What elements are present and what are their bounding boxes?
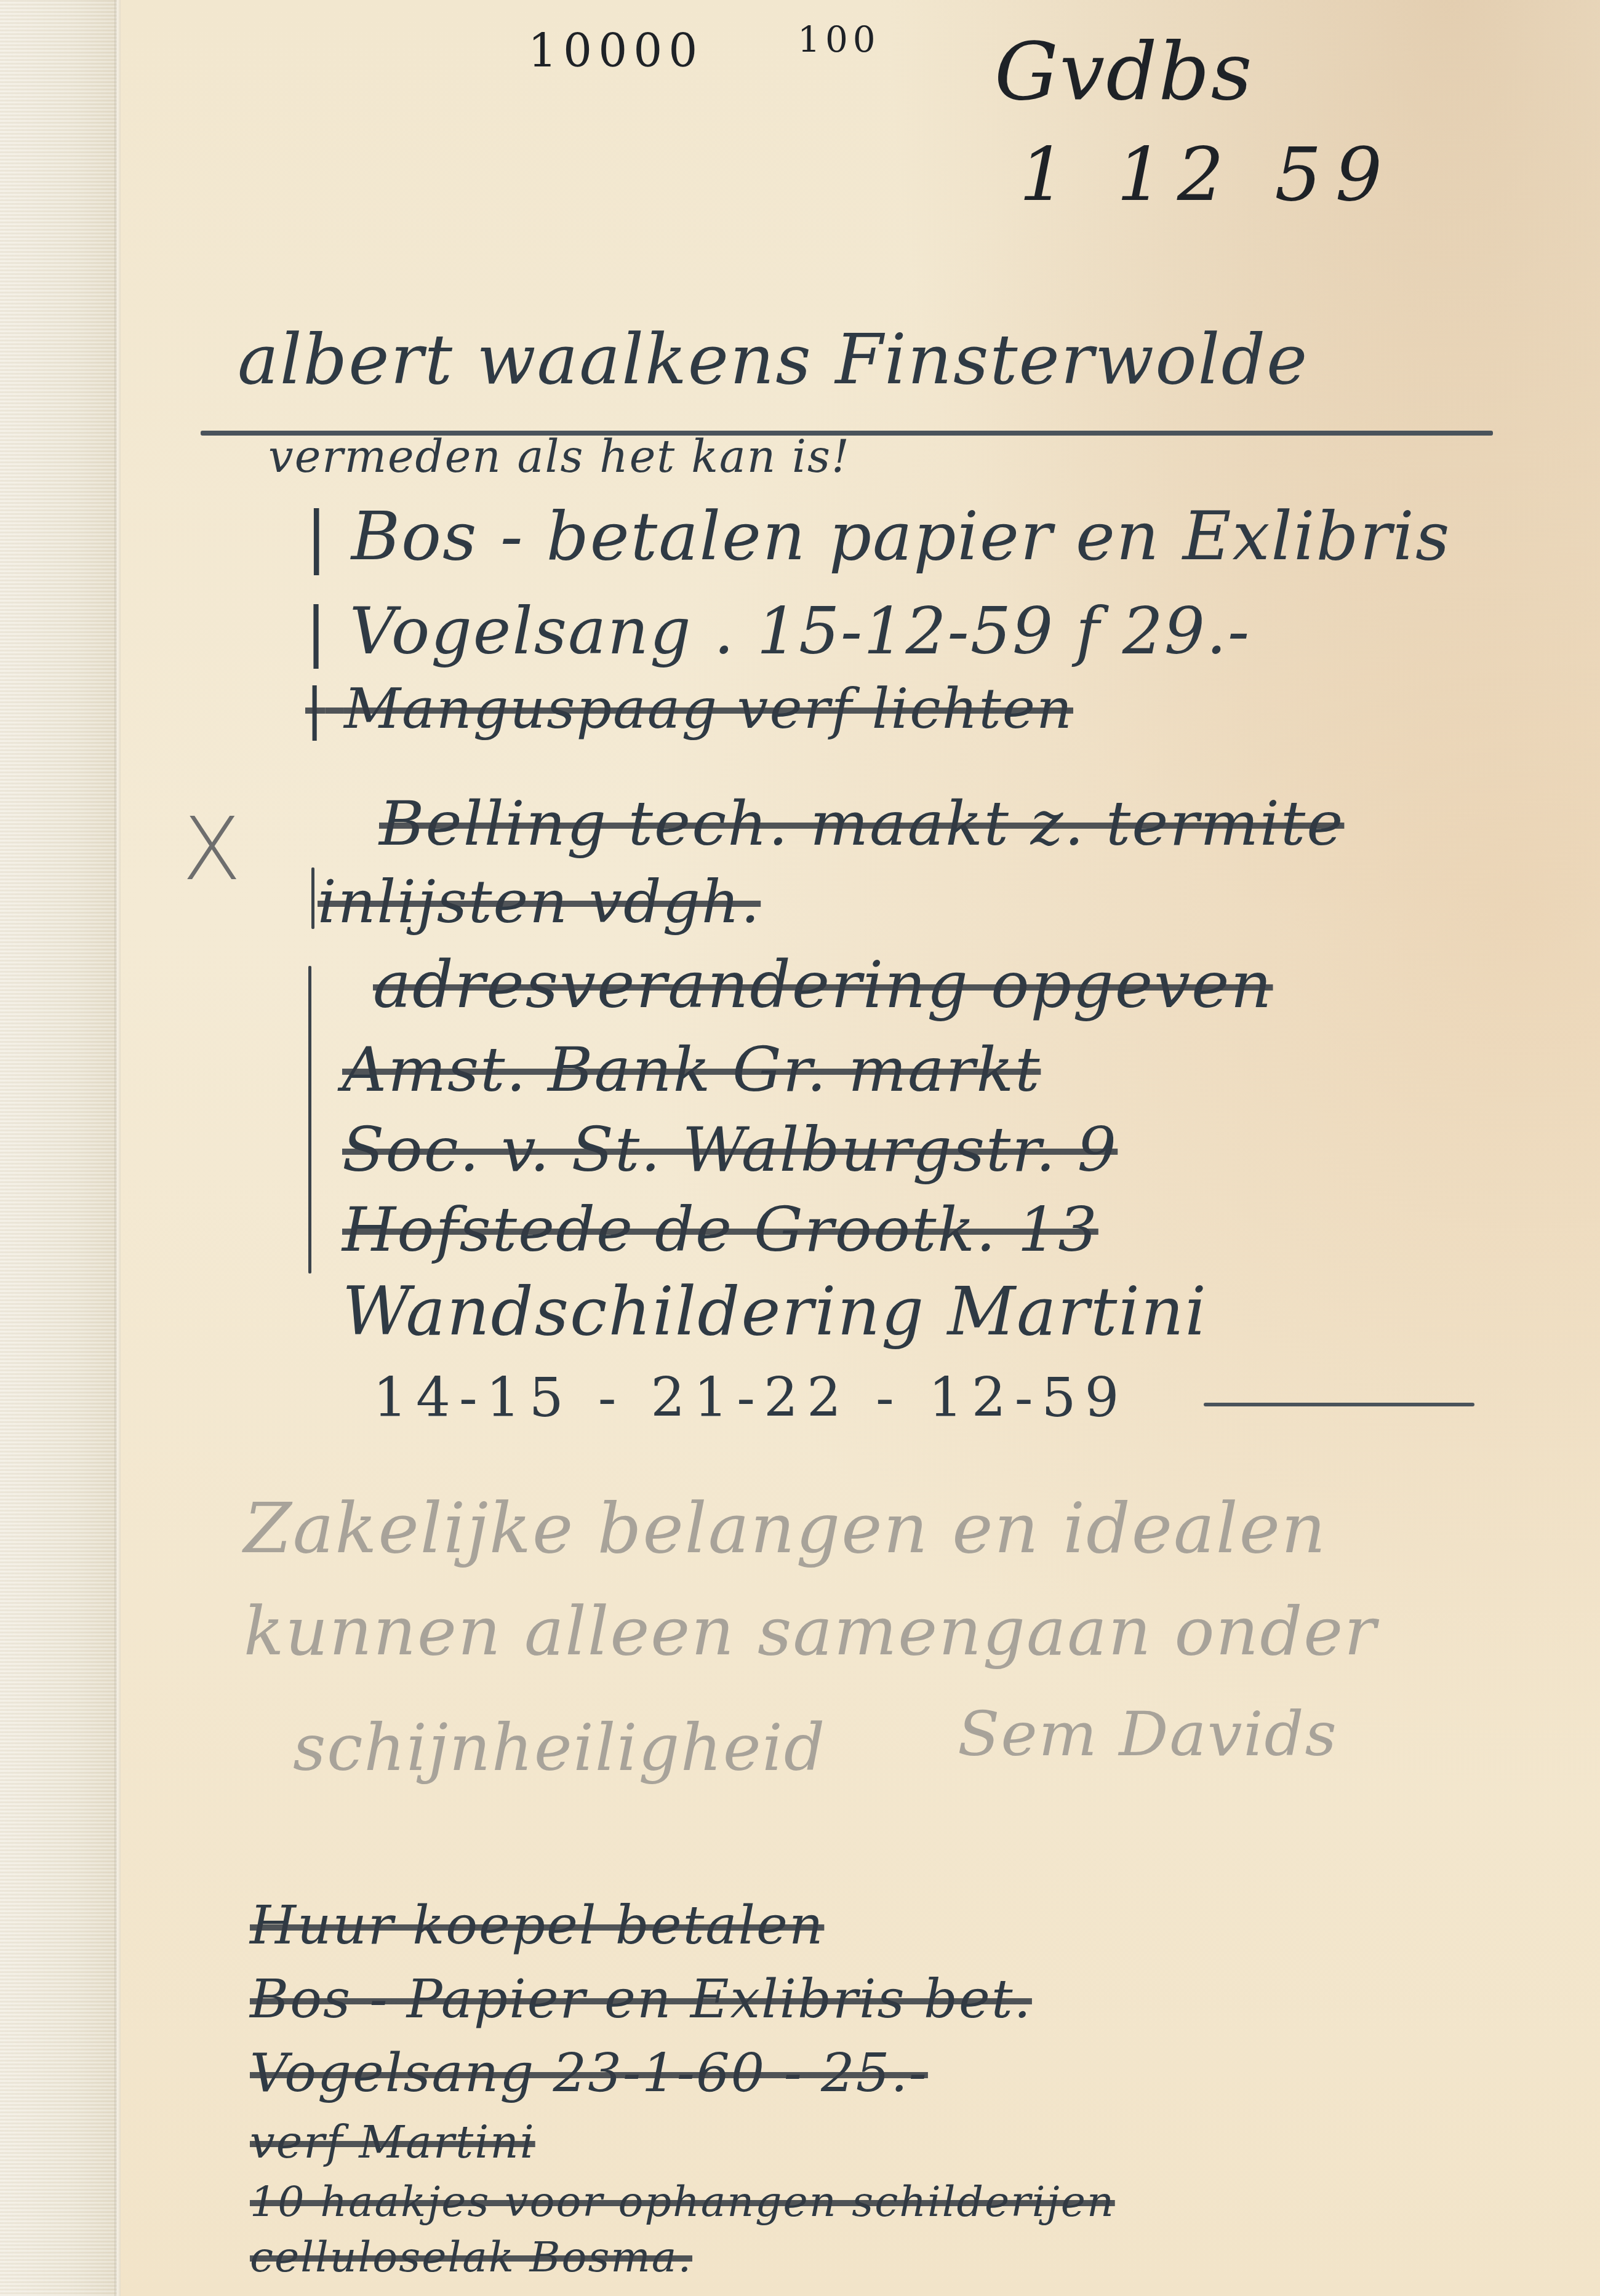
list-item-struck: Huur koepel betalen (250, 1895, 824, 1956)
margin-x-mark: X (182, 800, 241, 900)
address-line: Hofstede de Grootk. 13 (342, 1194, 1098, 1266)
list-item: | Vogelsang . 15-12-59 f 29.- (305, 594, 1250, 669)
bracket-bar (311, 867, 314, 929)
item-marker: | (305, 677, 325, 741)
address-block-bracket (308, 966, 311, 1274)
owner-name-title: albert waalkens Finsterwolde (238, 320, 1308, 400)
header-number-10000: 10000 (528, 25, 703, 78)
address-line: Amst. Bank Gr. markt (342, 1034, 1041, 1106)
item-text: Vogelsang . 15-12-59 f 29.- (350, 594, 1250, 669)
list-item-struck: inlijsten vdgh. (318, 867, 761, 936)
mural-note-dates: 14-15 - 21-22 - 12-59 (373, 1366, 1127, 1429)
header-number-100: 100 (798, 18, 881, 60)
pencil-quote-line: Zakelijke belangen en idealen (244, 1489, 1327, 1569)
book-cloth-spine (0, 0, 117, 2296)
item-text: Bos - betalen papier en Exlibris (351, 498, 1451, 575)
list-item-struck: Bos - Papier en Exlibris bet. (250, 1969, 1032, 2030)
signature-date: 1 12 59 (1019, 132, 1396, 218)
list-item-struck: 10 haakjes voor ophangen schilderijen (250, 2178, 1115, 2226)
pencil-quote-line: kunnen alleen samengaan onder (244, 1593, 1377, 1670)
title-subtitle: vermeden als het kan is! (268, 431, 850, 482)
item-marker: | (305, 498, 329, 575)
pencil-quote-line: schijnheiligheid (293, 1710, 826, 1785)
item-text: Manguspaag verf lichten (344, 677, 1073, 741)
mural-note-title: Wandschildering Martini (342, 1274, 1207, 1350)
endpaper-page: 10000 100 Gvdbs 1 12 59 albert waalkens … (121, 0, 1600, 2296)
dates-dash-line (1204, 1403, 1474, 1406)
list-item-struck: celluloselak Bosma. (250, 2233, 692, 2282)
address-line: adresverandering opgeven (373, 947, 1273, 1022)
list-item: | Bos - betalen papier en Exlibris (305, 498, 1450, 575)
signature: Gvdbs (994, 25, 1253, 118)
hinge-fold (114, 0, 121, 2296)
item-marker: | (305, 594, 328, 669)
list-item-struck: verf Martini (250, 2116, 535, 2168)
address-line: Soc. v. St. Walburgstr. 9 (342, 1114, 1118, 1186)
quote-attribution: Sem Davids (958, 1698, 1338, 1770)
list-item-struck: | Manguspaag verf lichten (305, 677, 1073, 741)
list-item-struck: Vogelsang 23-1-60 - 25.- (250, 2043, 928, 2104)
list-item-struck: Belling tech. maakt z. termite (379, 787, 1344, 859)
